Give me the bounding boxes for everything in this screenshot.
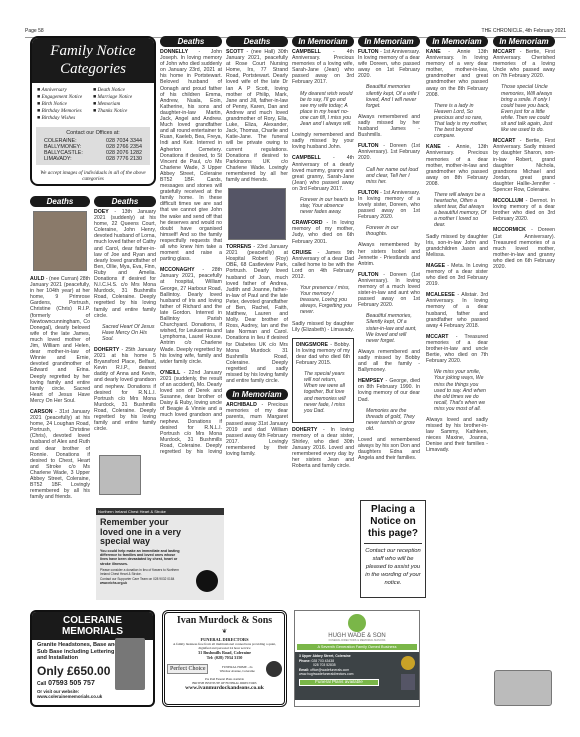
- murdock-desc: A family business free from all multinat…: [167, 642, 282, 650]
- notice-doherty: DOHERTY - 25th January 2021 at his home …: [94, 347, 156, 432]
- section-header-memoriam: In Memoriam: [358, 36, 420, 47]
- notice-crawford: CRAWFORD - In loving memory of my mother…: [292, 220, 354, 244]
- hw-logo-icon: [348, 614, 366, 632]
- office-row: LIMAVADY:028 7776 2130: [44, 156, 142, 162]
- column-deaths-4: Deaths SCOTT - (nee Hall) 30th January 2…: [226, 36, 288, 456]
- deceased-photo: [228, 188, 286, 240]
- call-label: Call: [37, 681, 46, 687]
- hugh-wade-ad: HUGH WADE & SON FUNERAL DIRECTORS & MEMO…: [294, 610, 420, 707]
- column-memoriam-2: In Memoriam FULTON - 1st Anniversary. In…: [358, 36, 420, 498]
- section-header-deaths: Deaths: [226, 36, 288, 47]
- section-header-deaths: Deaths: [160, 36, 222, 47]
- office-phone: 028 7776 2130: [106, 156, 142, 162]
- poem: My dearest wish would be to say, I'll go…: [292, 91, 354, 128]
- notice-signoff: Sadly missed by daughter Lily (Elizabeth…: [292, 321, 354, 333]
- section-header-memoriam: In Memoriam: [426, 36, 488, 47]
- category-item: Memoriam: [93, 101, 149, 107]
- flourish-icon: ❦: [167, 628, 282, 635]
- memorials-phone[interactable]: 07593 505 757: [48, 680, 95, 687]
- notice-dingsmore-box: DINGSMORE - Bobby. In loving memory of m…: [292, 338, 354, 423]
- column-deaths-2: Deaths DOEY - 13th January 2021 (suddenl…: [94, 196, 156, 454]
- family-notice-categories: Family Notice Categories Anniversary Dea…: [30, 36, 156, 186]
- email-label: Email:: [299, 668, 309, 672]
- section-header-memoriam: In Memoriam: [292, 36, 354, 47]
- notice-archibald: ARCHIBALD - Precious memories of my dear…: [226, 402, 288, 456]
- perfect-choice-logo: Perfect Choice: [167, 664, 208, 674]
- categories-footer: We accept images of individuals in all o…: [32, 167, 154, 185]
- poem: The special years will not return, When …: [296, 371, 350, 414]
- notice-hempsey: HEMPSEY - George, died on 8th February 1…: [358, 378, 420, 402]
- column-memoriam-1: In Memoriam CAMPBELL - 4th Anniversary. …: [292, 36, 354, 581]
- notice-campbell-2: CAMPBELL - 4th Anniversary of a dearly l…: [292, 155, 354, 192]
- section-header-deaths: Deaths: [94, 196, 156, 207]
- murdock-web[interactable]: www.ivanmurdockandsons.co.uk: [167, 685, 282, 691]
- column-memoriam-3: In Memoriam KANE - Annie 13th Anniversar…: [426, 36, 488, 596]
- bible-icon: [99, 455, 141, 495]
- notice-signoff: Lovingly remembered and sadly missed by …: [292, 132, 354, 150]
- notice-doherty-2: DOHERTY - In loving memory of a dear sis…: [292, 427, 354, 470]
- notice-signoff: Always remembered by her sisters Isobel …: [358, 242, 420, 266]
- divider: [364, 543, 422, 544]
- memorials-description: Granite Headstones, Base and Sub Base in…: [37, 642, 123, 662]
- crest-icon: [401, 656, 415, 670]
- notice-mccormick: MCCORMICK - Doreen (1st Anniversary). Tr…: [493, 227, 555, 270]
- nichs-cta: Please consider a donation in lieu of fl…: [100, 568, 180, 576]
- notice-fulton-1: FULTON - 1st Anniversary. In loving memo…: [358, 49, 420, 79]
- column-deaths-3: Deaths DONNELLY - John Joseph. In loving…: [160, 36, 222, 454]
- notice-signoff: Loved and remembered always by his son D…: [358, 437, 420, 461]
- notice-mccart-1: MCCART - Bertie, First Anniversary. Cher…: [493, 49, 555, 79]
- nichs-ad: Northern Ireland Chest Heart & Stroke Re…: [96, 508, 224, 600]
- notice-doey: DOEY - 13th January 2021 (suddenly) at h…: [94, 209, 156, 319]
- notice-donnelly: DONNELLY - John Joseph. In loving memory…: [160, 49, 222, 262]
- contact-offices: Contact our Offices at: COLERAINE:028 70…: [36, 127, 150, 165]
- wade-tagline: A Seventh Generation Family Owned Busine…: [297, 644, 417, 650]
- wade-web[interactable]: www.hughwadefuneraldirectors.com: [299, 672, 415, 677]
- murdock-tel[interactable]: Tel: (028) 7034 3150: [167, 655, 282, 660]
- category-item: Birth Notice: [37, 101, 93, 107]
- institute-seal-icon: [266, 661, 282, 677]
- deceased-photo: [33, 211, 87, 271]
- notice-campbell: CAMPBELL - 4th Anniversary. Precious mem…: [292, 49, 354, 86]
- headstone-icon: [115, 638, 145, 690]
- poem: There is a lady in Heaven Lord, So preci…: [426, 103, 488, 140]
- poem: Those special Uncle memories, Will alway…: [493, 84, 555, 133]
- notice-carson: CARSON - 31st January 2021 (peacefully) …: [30, 409, 90, 500]
- poem: There will always be a heartache, Often …: [426, 192, 488, 229]
- poem: We miss your smile, Your joking ways, We…: [426, 369, 488, 412]
- coleraine-memorials-ad: COLERAINE MEMORIALS Granite Headstones, …: [30, 610, 155, 707]
- murdock-ad: Ivan Murdock & Sons ❦ FUNERAL DIRECTORS …: [162, 610, 287, 707]
- category-item: Marriage Notice: [93, 94, 149, 100]
- nichs-body: You could help make an immediate and las…: [100, 549, 180, 567]
- section-header-deaths: Deaths: [30, 196, 90, 207]
- office-name: LIMAVADY:: [44, 156, 72, 162]
- notice-scott: SCOTT - (nee Hall) 30th January 2021, pe…: [226, 49, 288, 183]
- wade-funeral-plans: Funeral Plans available: [299, 679, 379, 686]
- notice-torrens: TORRENS - 23rd January 2021 (peacefully)…: [226, 244, 288, 384]
- poem: Forever in our thoughts.: [358, 225, 420, 237]
- placing-notice-box: Placing a Notice on this page? Contact o…: [360, 500, 426, 598]
- notice-signoff: Sadly missed by daughter Iris, son-in-la…: [426, 234, 488, 258]
- poem: Forever in our hearts to stay, Your abse…: [292, 197, 354, 215]
- notice-signoff: Always remembered and sadly missed by Bo…: [358, 349, 420, 373]
- section-header-memoriam: In Memoriam: [226, 389, 288, 400]
- categories-title: Family Notice Categories: [32, 38, 154, 83]
- notice-mccart-2: MCCART - Bertie, First Anniversary. Sadl…: [493, 138, 555, 193]
- notice-kane-2: KANE - Annie, 13th Anniversary. Precious…: [426, 144, 488, 187]
- section-header-memoriam: In Memoriam: [493, 36, 555, 47]
- poem: Memories are the threads of gold, They n…: [358, 408, 420, 432]
- placing-title: Placing a Notice on this page?: [364, 504, 422, 540]
- notice-auld: AULD - (nee Curran) 28th January 2021 (p…: [30, 276, 90, 404]
- poem: Beautiful memories silently kept, Of a w…: [358, 84, 420, 108]
- notice-fulton-4: FULTON - Doreen (1st Anniversary). In lo…: [358, 272, 420, 309]
- murdock-name: Ivan Murdock & Sons: [167, 615, 282, 626]
- nichs-web[interactable]: www.nichs.org.uk: [100, 581, 127, 585]
- contact-title: Contact our Offices at:: [44, 130, 142, 136]
- notice-oneill: O'NEILL - 22nd January 2021 (suddenly, t…: [160, 370, 222, 454]
- notice-mcconaghy: MCCONAGHY - 28th January 2021, peacefull…: [160, 267, 222, 365]
- nichs-org: Northern Ireland Chest Heart & Stroke: [96, 508, 224, 515]
- poem: Call her name out loud and clear, Tell h…: [358, 167, 420, 185]
- category-item: Birthday Memories: [37, 108, 93, 114]
- notice-mccollum: MCCOLLUM - Dermot. In loving memory of a…: [493, 198, 555, 222]
- shield-icon: [401, 674, 415, 690]
- category-item: Engagement Notice: [37, 94, 93, 100]
- nichs-headline: Remember your loved one in a very specia…: [100, 518, 185, 547]
- notice-signoff: Always loved and sadly missed by his bro…: [426, 417, 488, 454]
- category-item: Anniversary: [37, 87, 93, 93]
- category-item: Birthday Wishes: [37, 115, 93, 121]
- notice-signoff: Always remembered and sadly missed by he…: [358, 114, 420, 138]
- notice-cruise: CRUISE - James 9th Anniversary of a dear…: [292, 250, 354, 280]
- notice-mcaleese: MCALEESE - Alistair. 3rd Anniversary. In…: [426, 292, 488, 329]
- nichs-logo-icon: [196, 570, 218, 592]
- notice-fulton-2: FULTON - Doreen (1st Anniversary). 1st F…: [358, 143, 420, 161]
- notice-fulton-3: FULTON - 1st Anniversary. In loving memo…: [358, 190, 420, 220]
- wade-sub: FUNERAL DIRECTORS & MEMORIAL MASONS: [295, 639, 419, 642]
- category-item: Thanks Notice: [93, 108, 149, 114]
- poem: Sacred Heart Of Jesus Have Mercy On His …: [94, 324, 156, 342]
- category-list: Anniversary Death Notice Engagement Noti…: [32, 83, 154, 125]
- poem: Beautiful memories, Silently kept, Of a …: [358, 313, 420, 343]
- memorials-web[interactable]: www.colerainememorials.co.uk: [37, 694, 148, 699]
- poem: Your presence / miss, Your memory / trea…: [292, 285, 354, 315]
- wade-phone-1[interactable]: 028 703 43438: [311, 659, 334, 663]
- phone-label: Phone:: [299, 659, 311, 663]
- notice-mccart-3: MCCART - Treasured memories of a dear br…: [426, 334, 488, 364]
- placing-body: Contact our reception staff who will be …: [364, 547, 422, 587]
- column-deaths-1: Deaths AULD - (nee Curran) 28th January …: [30, 196, 90, 566]
- notice-kane-1: KANE - Annie 13th Anniversary. In loving…: [426, 49, 488, 98]
- memorials-title: COLERAINE MEMORIALS: [32, 612, 153, 640]
- bible-icon: [494, 670, 552, 706]
- murdock-funeral-home: FUNERAL HOME - 2a Windsor Avenue, Colera…: [217, 665, 257, 673]
- wade-email[interactable]: office@wadefunerals.com: [310, 668, 349, 672]
- notice-magee: MAGEE - Meta. In Loving memory of a dear…: [426, 263, 488, 287]
- column-memoriam-4: In Memoriam MCCART - Bertie, First Anniv…: [493, 36, 555, 556]
- category-item: Death Notice: [93, 87, 149, 93]
